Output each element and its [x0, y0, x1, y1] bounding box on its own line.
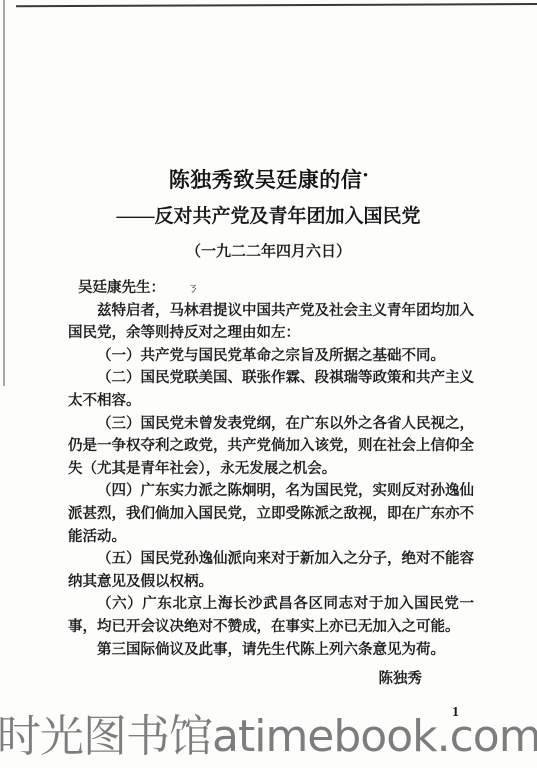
document-date: （一九二二年四月六日） — [0, 240, 537, 261]
signature: 陈独秀 — [68, 668, 474, 691]
salutation-line: 吴廷康先生：ㄋ — [68, 277, 474, 300]
letter-paragraph-item-5: （五）国民党孙逸仙派向来对于新加入之分子，绝对不能容纳其意见及假以权柄。 — [68, 548, 474, 593]
letter-paragraph-item-2: （二）国民党联美国、联张作霖、段祺瑞等政策和共产主义太不相容。 — [68, 367, 474, 412]
scanned-book-page: 陈独秀致吴廷康的信• ——反对共产党及青年团加入国民党 （一九二二年四月六日） … — [0, 0, 537, 768]
document-title: 陈独秀致吴廷康的信• — [0, 164, 537, 194]
letter-body: 吴廷康先生：ㄋ 兹特启者，马林君提议中国共产党及社会主义青年团均加入国民党，余等… — [68, 277, 474, 691]
handwritten-annotation-mark: ㄋ — [185, 276, 200, 300]
library-watermark: 时光图书馆atimebook.com — [0, 700, 537, 764]
document-title-text: 陈独秀致吴廷康的信 — [169, 168, 363, 192]
letter-closing-paragraph: 第三国际倘议及此事，请先生代陈上列六条意见为荷。 — [68, 639, 474, 662]
letter-paragraph-item-1: （一）共产党与国民党革命之宗旨及所据之基础不同。 — [68, 345, 474, 368]
document-subtitle: ——反对共产党及青年团加入国民党 — [0, 201, 537, 228]
letter-paragraph-item-3: （三）国民党未曾发表党纲，在广东以外之各省人民视之，仍是一争权夺利之政党，共产党… — [68, 413, 474, 481]
letter-paragraph-item-4: （四）广东实力派之陈炯明，名为国民党，实则反对孙逸仙派甚烈，我们倘加入国民党，立… — [68, 480, 474, 548]
salutation-text: 吴廷康先生： — [78, 280, 165, 296]
footnote-asterisk-mark: • — [363, 167, 368, 182]
letter-paragraph: 兹特启者，马林君提议中国共产党及社会主义青年团均加入国民党，余等则持反对之理由如… — [68, 300, 474, 345]
letter-paragraph-item-6: （六）广东北京上海长沙武昌各区同志对于加入国民党一事，均已开会议决绝对不赞成，在… — [68, 593, 474, 638]
top-scan-rule — [16, 3, 537, 7]
